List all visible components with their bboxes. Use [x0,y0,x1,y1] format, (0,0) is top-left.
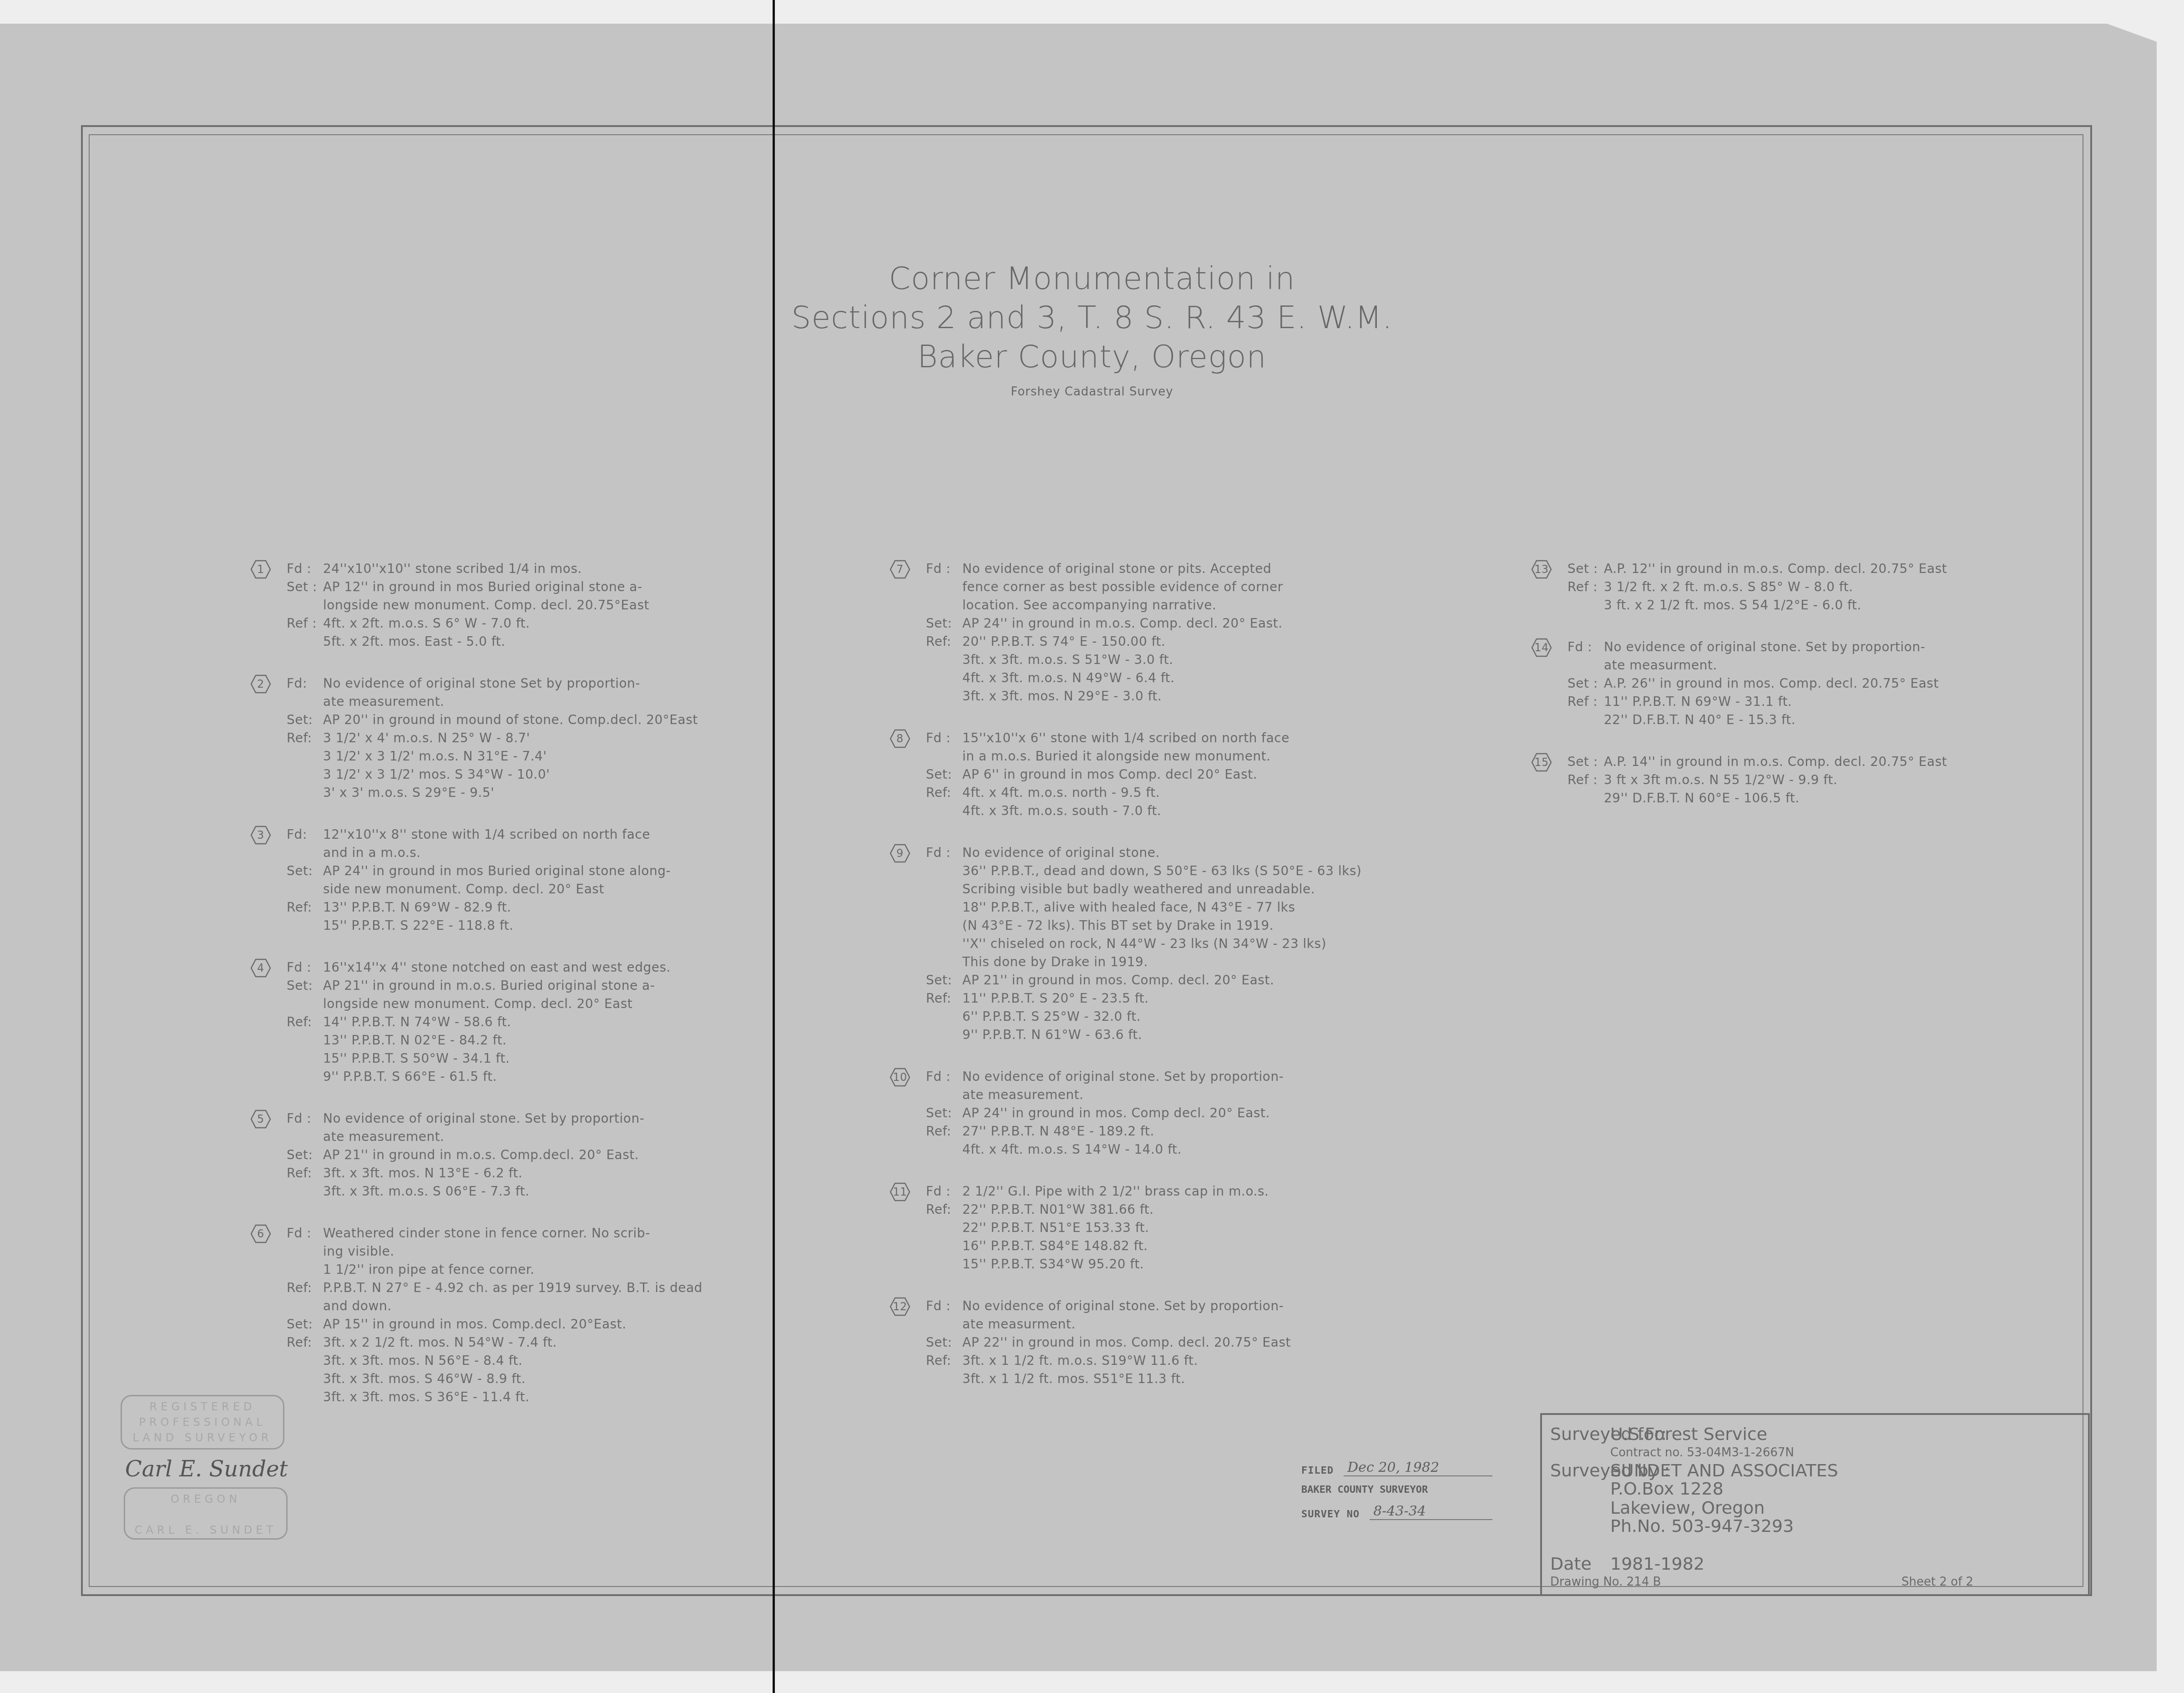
corner-number: 14 [1534,639,1549,657]
note-label: Set : [1567,560,1604,578]
note-label: Fd : [926,1068,962,1104]
note-row: Fd :No evidence of original stone.36'' P… [926,844,1413,971]
note-line: 15'' P.P.B.T. S 50°W - 34.1 ft. [323,1049,773,1068]
date-value: 1981-1982 [1610,1554,1704,1574]
note-row: Ref:3ft. x 3ft. mos. N 13°E - 6.2 ft.3ft… [287,1164,773,1201]
note-row: Ref:3ft. x 2 1/2 ft. mos. N 54°W - 7.4 f… [287,1333,773,1406]
note-label: Fd : [926,560,962,614]
note-line: 15'' P.P.B.T. S34°W 95.20 ft. [962,1255,1413,1273]
note-line: AP 24'' in ground in m.o.s. Comp. decl. … [962,614,1413,633]
note-line: 13'' P.P.B.T. N 02°E - 84.2 ft. [323,1031,773,1049]
note-line: 13'' P.P.B.T. N 69°W - 82.9 ft. [323,898,773,917]
note-line: 3 1/2 ft. x 2 ft. m.o.s. S 85° W - 8.0 f… [1604,578,2032,596]
corner-number: 5 [257,1110,264,1128]
note-row: Ref :3 ft x 3ft m.o.s. N 55 1/2°W - 9.9 … [1567,771,2032,807]
seal-text: REGISTERED [122,1399,283,1414]
note-line: ate measurement. [962,1086,1413,1104]
note-row: Ref:27'' P.P.B.T. N 48°E - 189.2 ft.4ft.… [926,1122,1413,1159]
sheet-number: Sheet 2 of 2 [1901,1575,1973,1589]
note-line: AP 21'' in ground in m.o.s. Comp.decl. 2… [323,1146,773,1164]
note-label: Fd : [287,1224,323,1279]
corner-number: 4 [257,959,264,977]
note-line: 4ft. x 4ft. m.o.s. S 14°W - 14.0 ft. [962,1140,1413,1159]
note-label: Ref: [287,729,323,802]
note-line: 15'' P.P.B.T. S 22°E - 118.8 ft. [323,917,773,935]
note-line: and in a m.o.s. [323,844,773,862]
note-line: 22'' D.F.B.T. N 40° E - 15.3 ft. [1604,711,2032,729]
note-line: 4ft. x 3ft. m.o.s. N 49°W - 6.4 ft. [962,669,1413,687]
corner-entry: 14Fd :No evidence of original stone. Set… [1531,638,2032,729]
note-line: Weathered cinder stone in fence corner. … [323,1224,773,1242]
corner-notes-column-2: 7Fd :No evidence of original stone or pi… [890,560,1413,1412]
note-line: Scribing visible but badly weathered and… [962,880,1413,898]
note-row: Fd :24''x10''x10'' stone scribed 1/4 in … [287,560,773,578]
corner-number: 11 [893,1183,907,1201]
note-label: Set: [287,1146,323,1164]
surveyor-signature: Carl E. Sundet [125,1456,288,1482]
note-line: ate measurment. [962,1315,1413,1333]
corner-number: 12 [893,1298,907,1316]
corner-entry: 8Fd :15''x10''x 6'' stone with 1/4 scrib… [890,729,1413,820]
corner-number-hexagon-icon: 12 [890,1297,910,1316]
corner-entry: 9Fd :No evidence of original stone.36'' … [890,844,1413,1044]
note-label: Set : [287,578,323,614]
note-line: 12''x10''x 8'' stone with 1/4 scribed on… [323,826,773,844]
note-label: Ref: [287,898,323,935]
note-line: This done by Drake in 1919. [962,953,1413,971]
surveyor-seal-top: REGISTERED PROFESSIONAL LAND SURVEYOR [121,1395,284,1450]
note-label: Set : [1567,674,1604,693]
note-row: Fd :No evidence of original stone or pit… [926,560,1413,614]
note-line: A.P. 14'' in ground in m.o.s. Comp. decl… [1604,753,2032,771]
note-line: longside new monument. Comp. decl. 20° E… [323,995,773,1013]
note-line: 3ft. x 3ft. m.o.s. S 06°E - 7.3 ft. [323,1182,773,1201]
note-row: Set :A.P. 14'' in ground in m.o.s. Comp.… [1567,753,2032,771]
note-line: 3ft. x 3ft. mos. S 46°W - 8.9 ft. [323,1370,773,1388]
note-row: Set :A.P. 12'' in ground in m.o.s. Comp.… [1567,560,2032,578]
corner-number-hexagon-icon: 2 [250,674,271,694]
surveyed-for-value: U.S.Forest Service [1610,1424,1767,1444]
note-line: ate measurement. [323,1128,773,1146]
note-line: AP 15'' in ground in mos. Comp.decl. 20°… [323,1315,773,1333]
note-label: Set: [926,765,962,784]
note-line: 3ft. x 1 1/2 ft. m.o.s. S19°W 11.6 ft. [962,1352,1413,1370]
corner-entry: 13Set :A.P. 12'' in ground in m.o.s. Com… [1531,560,2032,614]
note-label: Fd: [287,674,323,711]
note-line: 3 1/2' x 3 1/2' mos. S 34°W - 10.0' [323,765,773,784]
seal-text: CARL E. SUNDET [125,1522,286,1538]
note-line: A.P. 12'' in ground in m.o.s. Comp. decl… [1604,560,2032,578]
note-label: Fd : [926,1297,962,1333]
note-line: ing visible. [323,1242,773,1261]
corner-notes-column-1: 1Fd :24''x10''x10'' stone scribed 1/4 in… [250,560,773,1430]
note-label: Ref: [287,1333,323,1406]
note-line: ate measurement. [323,693,773,711]
seal-text [125,1507,286,1522]
corner-entry: 2Fd:No evidence of original stone Set by… [250,674,773,802]
note-label: Fd : [926,1182,962,1201]
corner-entry: 5Fd :No evidence of original stone. Set … [250,1110,773,1201]
note-line: 6'' P.P.B.T. S 25°W - 32.0 ft. [962,1008,1413,1026]
note-label: Ref : [1567,693,1604,729]
surveyor-seal-bottom: OREGON CARL E. SUNDET [124,1487,288,1540]
note-label: Ref: [926,784,962,820]
corner-number-hexagon-icon: 13 [1531,560,1552,579]
note-line: AP 6'' in ground in mos Comp. decl 20° E… [962,765,1413,784]
corner-number: 2 [257,675,264,693]
note-line: 3 ft x 3ft m.o.s. N 55 1/2°W - 9.9 ft. [1604,771,2032,789]
note-line: 5ft. x 2ft. mos. East - 5.0 ft. [323,633,773,651]
note-line: 14'' P.P.B.T. N 74°W - 58.6 ft. [323,1013,773,1031]
corner-number: 10 [893,1068,907,1086]
note-line: 22'' P.P.B.T. N01°W 381.66 ft. [962,1201,1413,1219]
note-row: Set:AP 22'' in ground in mos. Comp. decl… [926,1333,1413,1352]
note-line: AP 24'' in ground in mos Buried original… [323,862,773,880]
note-line: 29'' D.F.B.T. N 60°E - 106.5 ft. [1604,789,2032,807]
note-line: 2 1/2'' G.I. Pipe with 2 1/2'' brass cap… [962,1182,1413,1201]
note-line: 3ft. x 3ft. mos. N 56°E - 8.4 ft. [323,1352,773,1370]
corner-entry: 10Fd :No evidence of original stone. Set… [890,1068,1413,1159]
surveyor-phone: Ph.No. 503-947-3293 [1610,1516,1794,1536]
note-line: P.P.B.T. N 27° E - 4.92 ch. as per 1919 … [323,1279,773,1297]
note-line: 36'' P.P.B.T., dead and down, S 50°E - 6… [962,862,1413,880]
note-line: 3ft. x 3ft. m.o.s. S 51°W - 3.0 ft. [962,651,1413,669]
note-line: AP 24'' in ground in mos. Comp decl. 20°… [962,1104,1413,1122]
corner-entry: 7Fd :No evidence of original stone or pi… [890,560,1413,705]
note-line: No evidence of original stone. Set by pr… [1604,638,2032,656]
note-row: Set:AP 21'' in ground in mos. Comp. decl… [926,971,1413,989]
note-row: Ref:14'' P.P.B.T. N 74°W - 58.6 ft.13'' … [287,1013,773,1086]
date-label: Date [1550,1554,1592,1574]
note-row: Set:AP 21'' in ground in m.o.s. Comp.dec… [287,1146,773,1164]
title-line-2: Sections 2 and 3, T. 8 S. R. 43 E. W.M. [591,299,1592,338]
county-filing-stamp: FILED Dec 20, 1982 BAKER COUNTY SURVEYOR… [1301,1452,1492,1520]
note-line: AP 12'' in ground in mos Buried original… [323,578,773,596]
note-row: Fd :Weathered cinder stone in fence corn… [287,1224,773,1279]
note-line: 11'' P.P.B.T. N 69°W - 31.1 ft. [1604,693,2032,711]
corner-number-hexagon-icon: 11 [890,1182,910,1201]
note-line: 4ft. x 4ft. m.o.s. north - 9.5 ft. [962,784,1413,802]
note-row: Fd :No evidence of original stone. Set b… [926,1297,1413,1333]
note-row: Ref:3 1/2' x 4' m.o.s. N 25° W - 8.7'3 1… [287,729,773,802]
note-row: Ref:3ft. x 1 1/2 ft. m.o.s. S19°W 11.6 f… [926,1352,1413,1388]
note-label: Ref: [287,1013,323,1086]
note-line: AP 22'' in ground in mos. Comp. decl. 20… [962,1333,1413,1352]
title-line-3: Baker County, Oregon [591,338,1592,377]
note-line: ''X'' chiseled on rock, N 44°W - 23 lks … [962,935,1413,953]
note-label: Set: [287,977,323,1013]
corner-number-hexagon-icon: 4 [250,958,271,978]
note-line: 22'' P.P.B.T. N51°E 153.33 ft. [962,1219,1413,1237]
note-line: and down. [323,1297,773,1315]
note-label: Ref: [926,1122,962,1159]
corner-entry: 15Set :A.P. 14'' in ground in m.o.s. Com… [1531,753,2032,807]
note-label: Set: [926,614,962,633]
note-line: 3 1/2' x 4' m.o.s. N 25° W - 8.7' [323,729,773,747]
corner-number-hexagon-icon: 3 [250,826,271,845]
note-label: Fd : [1567,638,1604,674]
note-label: Set: [287,862,323,898]
note-line: 11'' P.P.B.T. S 20° E - 23.5 ft. [962,989,1413,1008]
corner-number-hexagon-icon: 1 [250,560,271,579]
note-label: Fd : [287,560,323,578]
note-row: Ref :3 1/2 ft. x 2 ft. m.o.s. S 85° W - … [1567,578,2032,614]
note-row: Set:AP 21'' in ground in m.o.s. Buried o… [287,977,773,1013]
note-line: No evidence of original stone. Set by pr… [962,1068,1413,1086]
note-label: Ref: [926,633,962,705]
corner-number-hexagon-icon: 7 [890,560,910,579]
note-line: AP 21'' in ground in mos. Comp. decl. 20… [962,971,1413,989]
note-line: side new monument. Comp. decl. 20° East [323,880,773,898]
note-line: 16''x14''x 4'' stone notched on east and… [323,958,773,977]
note-line: 24''x10''x10'' stone scribed 1/4 in mos. [323,560,773,578]
note-row: Fd :15''x10''x 6'' stone with 1/4 scribe… [926,729,1413,765]
note-label: Fd : [926,844,962,971]
note-line: 3ft. x 1 1/2 ft. mos. S51°E 11.3 ft. [962,1370,1413,1388]
corner-number-hexagon-icon: 6 [250,1224,271,1243]
contract-number: Contract no. 53-04M3-1-2667N [1610,1446,1794,1460]
survey-no-label: SURVEY NO [1301,1509,1360,1520]
note-label: Fd : [926,729,962,765]
note-label: Ref: [287,1279,323,1315]
corner-entry: 4Fd :16''x14''x 4'' stone notched on eas… [250,958,773,1086]
corner-number: 7 [896,560,904,578]
note-label: Fd : [287,1110,323,1146]
note-line: 16'' P.P.B.T. S84°E 148.82 ft. [962,1237,1413,1255]
note-label: Ref: [926,1201,962,1273]
note-label: Set: [926,1333,962,1352]
corner-entry: 12Fd :No evidence of original stone. Set… [890,1297,1413,1388]
corner-number-hexagon-icon: 5 [250,1110,271,1129]
note-row: Ref:11'' P.P.B.T. S 20° E - 23.5 ft. 6''… [926,989,1413,1044]
note-row: Fd :2 1/2'' G.I. Pipe with 2 1/2'' brass… [926,1182,1413,1201]
filed-label: FILED [1301,1465,1334,1476]
note-line: 18'' P.P.B.T., alive with healed face, N… [962,898,1413,917]
corner-number: 15 [1534,753,1549,771]
note-line: longside new monument. Comp. decl. 20.75… [323,596,773,614]
corner-number-hexagon-icon: 14 [1531,638,1552,657]
note-line: No evidence of original stone. [962,844,1413,862]
note-line: No evidence of original stone. Set by pr… [323,1110,773,1128]
surveyor-firm: SUNDET AND ASSOCIATES [1610,1460,1838,1480]
note-line: fence corner as best possible evidence o… [962,578,1413,596]
note-line: 3ft. x 3ft. mos. S 36°E - 11.4 ft. [323,1388,773,1406]
note-line: 3ft. x 3ft. mos. N 29°E - 3.0 ft. [962,687,1413,705]
note-label: Set: [287,711,323,729]
survey-no: 8-43-34 [1370,1503,1492,1520]
corner-entry: 3Fd:12''x10''x 8'' stone with 1/4 scribe… [250,826,773,935]
county-office: BAKER COUNTY SURVEYOR [1301,1484,1428,1495]
seal-text: OREGON [125,1491,286,1507]
note-row: Set:AP 24'' in ground in mos. Comp decl.… [926,1104,1413,1122]
note-line: 9'' P.P.B.T. N 61°W - 63.6 ft. [962,1026,1413,1044]
note-row: Set :A.P. 26'' in ground in mos. Comp. d… [1567,674,2032,693]
note-row: Set:AP 15'' in ground in mos. Comp.decl.… [287,1315,773,1333]
note-row: Ref:20'' P.P.B.T. S 74° E - 150.00 ft.3f… [926,633,1413,705]
corner-number-hexagon-icon: 9 [890,844,910,863]
corner-number-hexagon-icon: 10 [890,1068,910,1087]
note-row: Ref:13'' P.P.B.T. N 69°W - 82.9 ft.15'' … [287,898,773,935]
corner-number: 9 [896,844,904,862]
title-line-1: Corner Monumentation in [591,259,1592,299]
note-label: Fd : [287,958,323,977]
note-label: Ref: [287,1164,323,1201]
note-row: Ref:P.P.B.T. N 27° E - 4.92 ch. as per 1… [287,1279,773,1315]
note-row: Ref:22'' P.P.B.T. N01°W 381.66 ft.22'' P… [926,1201,1413,1273]
corner-number: 1 [257,560,264,578]
note-line: (N 43°E - 72 lks). This BT set by Drake … [962,917,1413,935]
note-label: Ref : [287,614,323,651]
filed-date: Dec 20, 1982 [1344,1460,1492,1476]
note-row: Set:AP 20'' in ground in mound of stone.… [287,711,773,729]
corner-entry: 1Fd :24''x10''x10'' stone scribed 1/4 in… [250,560,773,651]
note-row: Fd:No evidence of original stone Set by … [287,674,773,711]
note-line: 1 1/2'' iron pipe at fence corner. [323,1261,773,1279]
note-label: Ref: [926,989,962,1044]
note-line: location. See accompanying narrative. [962,596,1413,614]
note-line: 20'' P.P.B.T. S 74° E - 150.00 ft. [962,633,1413,651]
note-row: Set:AP 6'' in ground in mos Comp. decl 2… [926,765,1413,784]
note-line: in a m.o.s. Buried it alongside new monu… [962,747,1413,765]
note-label: Set: [287,1315,323,1333]
survey-subtitle: Forshey Cadastral Survey [591,385,1592,399]
note-row: Set :AP 12'' in ground in mos Buried ori… [287,578,773,614]
note-line: 3ft. x 2 1/2 ft. mos. N 54°W - 7.4 ft. [323,1333,773,1352]
note-line: A.P. 26'' in ground in mos. Comp. decl. … [1604,674,2032,693]
note-line: 4ft. x 2ft. m.o.s. S 6° W - 7.0 ft. [323,614,773,633]
corner-entry: 11Fd :2 1/2'' G.I. Pipe with 2 1/2'' bra… [890,1182,1413,1273]
surveyor-po-box: P.O.Box 1228 [1610,1479,1724,1499]
note-line: AP 20'' in ground in mound of stone. Com… [323,711,773,729]
note-row: Set:AP 24'' in ground in mos Buried orig… [287,862,773,898]
drawing-title: Corner Monumentation in Sections 2 and 3… [591,259,1592,399]
note-line: 15''x10''x 6'' stone with 1/4 scribed on… [962,729,1413,747]
note-line: 4ft. x 3ft. m.o.s. south - 7.0 ft. [962,802,1413,820]
note-row: Fd :No evidence of original stone. Set b… [926,1068,1413,1104]
note-row: Set:AP 24'' in ground in m.o.s. Comp. de… [926,614,1413,633]
corner-number: 13 [1534,560,1549,578]
note-row: Ref :4ft. x 2ft. m.o.s. S 6° W - 7.0 ft.… [287,614,773,651]
note-row: Ref:4ft. x 4ft. m.o.s. north - 9.5 ft.4f… [926,784,1413,820]
surveyor-city: Lakeview, Oregon [1610,1498,1765,1518]
note-row: Ref :11'' P.P.B.T. N 69°W - 31.1 ft.22''… [1567,693,2032,729]
seal-text: LAND SURVEYOR [122,1430,283,1445]
note-row: Fd:12''x10''x 8'' stone with 1/4 scribed… [287,826,773,862]
corner-number: 3 [257,826,264,844]
note-line: 3' x 3' m.o.s. S 29°E - 9.5' [323,784,773,802]
scan-artifact-line [773,0,775,1693]
corner-number-hexagon-icon: 15 [1531,753,1552,772]
note-line: No evidence of original stone or pits. A… [962,560,1413,578]
note-label: Set : [1567,753,1604,771]
note-label: Ref : [1567,578,1604,614]
note-label: Set: [926,971,962,989]
note-label: Ref: [926,1352,962,1388]
corner-entry: 6Fd :Weathered cinder stone in fence cor… [250,1224,773,1406]
note-line: 3ft. x 3ft. mos. N 13°E - 6.2 ft. [323,1164,773,1182]
corner-number: 6 [257,1225,264,1243]
note-line: 9'' P.P.B.T. S 66°E - 61.5 ft. [323,1068,773,1086]
note-label: Set: [926,1104,962,1122]
note-line: ate measurment. [1604,656,2032,674]
drawing-number: Drawing No. 214 B [1550,1575,1661,1589]
note-line: No evidence of original stone Set by pro… [323,674,773,693]
corner-notes-column-3: 13Set :A.P. 12'' in ground in m.o.s. Com… [1531,560,2032,831]
note-row: Fd :16''x14''x 4'' stone notched on east… [287,958,773,977]
note-line: AP 21'' in ground in m.o.s. Buried origi… [323,977,773,995]
seal-text: PROFESSIONAL [122,1414,283,1430]
note-line: 3 ft. x 2 1/2 ft. mos. S 54 1/2°E - 6.0 … [1604,596,2032,614]
note-line: No evidence of original stone. Set by pr… [962,1297,1413,1315]
note-row: Fd :No evidence of original stone. Set b… [1567,638,2032,674]
note-label: Fd: [287,826,323,862]
note-line: 3 1/2' x 3 1/2' m.o.s. N 31°E - 7.4' [323,747,773,765]
title-block: Surveyed for: U.S.Forest Service Contrac… [1540,1413,2090,1596]
note-line: 27'' P.P.B.T. N 48°E - 189.2 ft. [962,1122,1413,1140]
note-row: Fd :No evidence of original stone. Set b… [287,1110,773,1146]
corner-number-hexagon-icon: 8 [890,729,910,748]
corner-number: 8 [896,730,904,748]
note-label: Ref : [1567,771,1604,807]
